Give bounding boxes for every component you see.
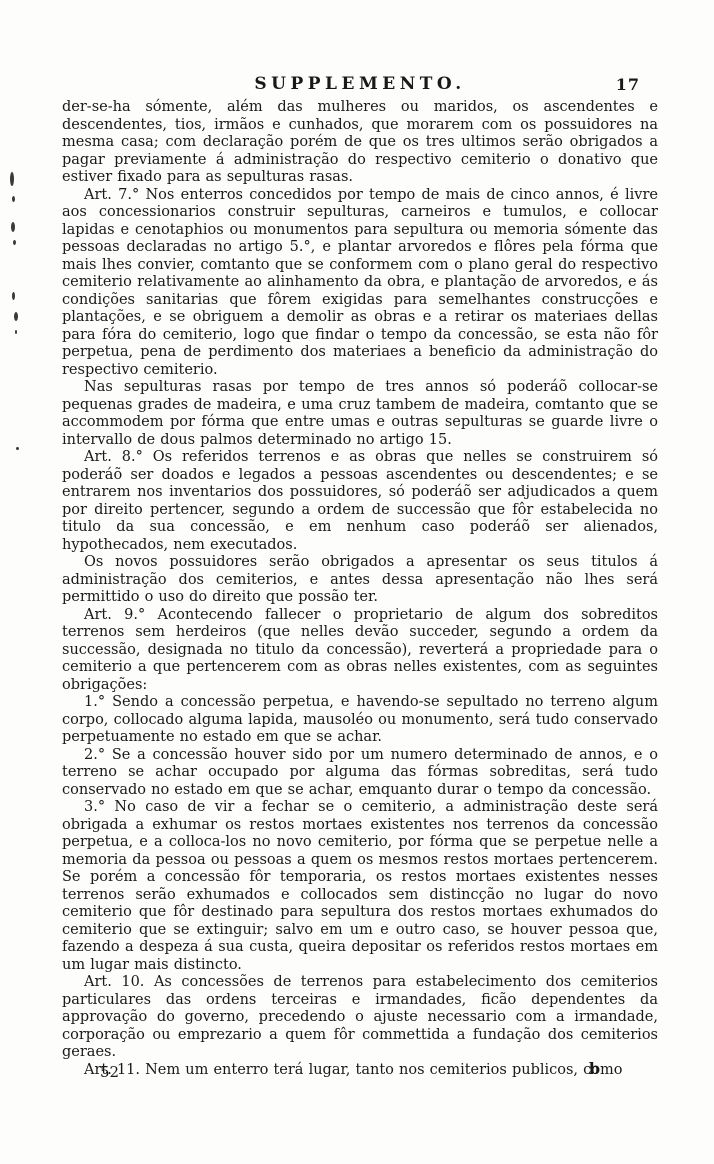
page-footer: 52 b bbox=[62, 1063, 658, 1085]
clause-3: 3.° No caso de vir a fechar se o cemiter… bbox=[62, 799, 658, 974]
document-body: der-se-ha sómente, além das mulheres ou … bbox=[62, 99, 658, 1079]
scan-artifact bbox=[12, 292, 15, 300]
paragraph-continuation: der-se-ha sómente, além das mulheres ou … bbox=[62, 99, 658, 187]
scan-artifact bbox=[11, 222, 15, 232]
scan-artifact bbox=[15, 330, 17, 334]
paragraph-art-7: Art. 7.° Nos enterros concedidos por tem… bbox=[62, 187, 658, 380]
paragraph-art-9: Art. 9.° Acontecendo fallecer o propriet… bbox=[62, 607, 658, 695]
page-number: 17 bbox=[616, 75, 640, 94]
scan-artifact bbox=[14, 312, 18, 321]
scan-artifact bbox=[16, 447, 19, 450]
scan-artifact bbox=[12, 196, 15, 202]
scan-artifact bbox=[10, 172, 14, 186]
paragraph-art-8: Art. 8.° Os referidos terrenos e as obra… bbox=[62, 449, 658, 554]
scan-artifact bbox=[13, 240, 16, 245]
scanned-page: SUPPLEMENTO. 17 der-se-ha sómente, além … bbox=[0, 0, 714, 1164]
catchword-mark: b bbox=[589, 1059, 600, 1078]
clause-1: 1.° Sendo a concessão perpetua, e havend… bbox=[62, 694, 658, 747]
paragraph-sepulturas-rasas: Nas sepulturas rasas por tempo de tres a… bbox=[62, 379, 658, 449]
signature-mark: 52 bbox=[100, 1063, 119, 1081]
page-title: SUPPLEMENTO. bbox=[62, 74, 658, 94]
paragraph-art-10: Art. 10. As concessões de terrenos para … bbox=[62, 974, 658, 1062]
clause-2: 2.° Se a concessão houver sido por um nu… bbox=[62, 747, 658, 800]
page-header: SUPPLEMENTO. 17 bbox=[62, 74, 658, 98]
paragraph-novos-possuidores: Os novos possuidores serão obrigados a a… bbox=[62, 554, 658, 607]
